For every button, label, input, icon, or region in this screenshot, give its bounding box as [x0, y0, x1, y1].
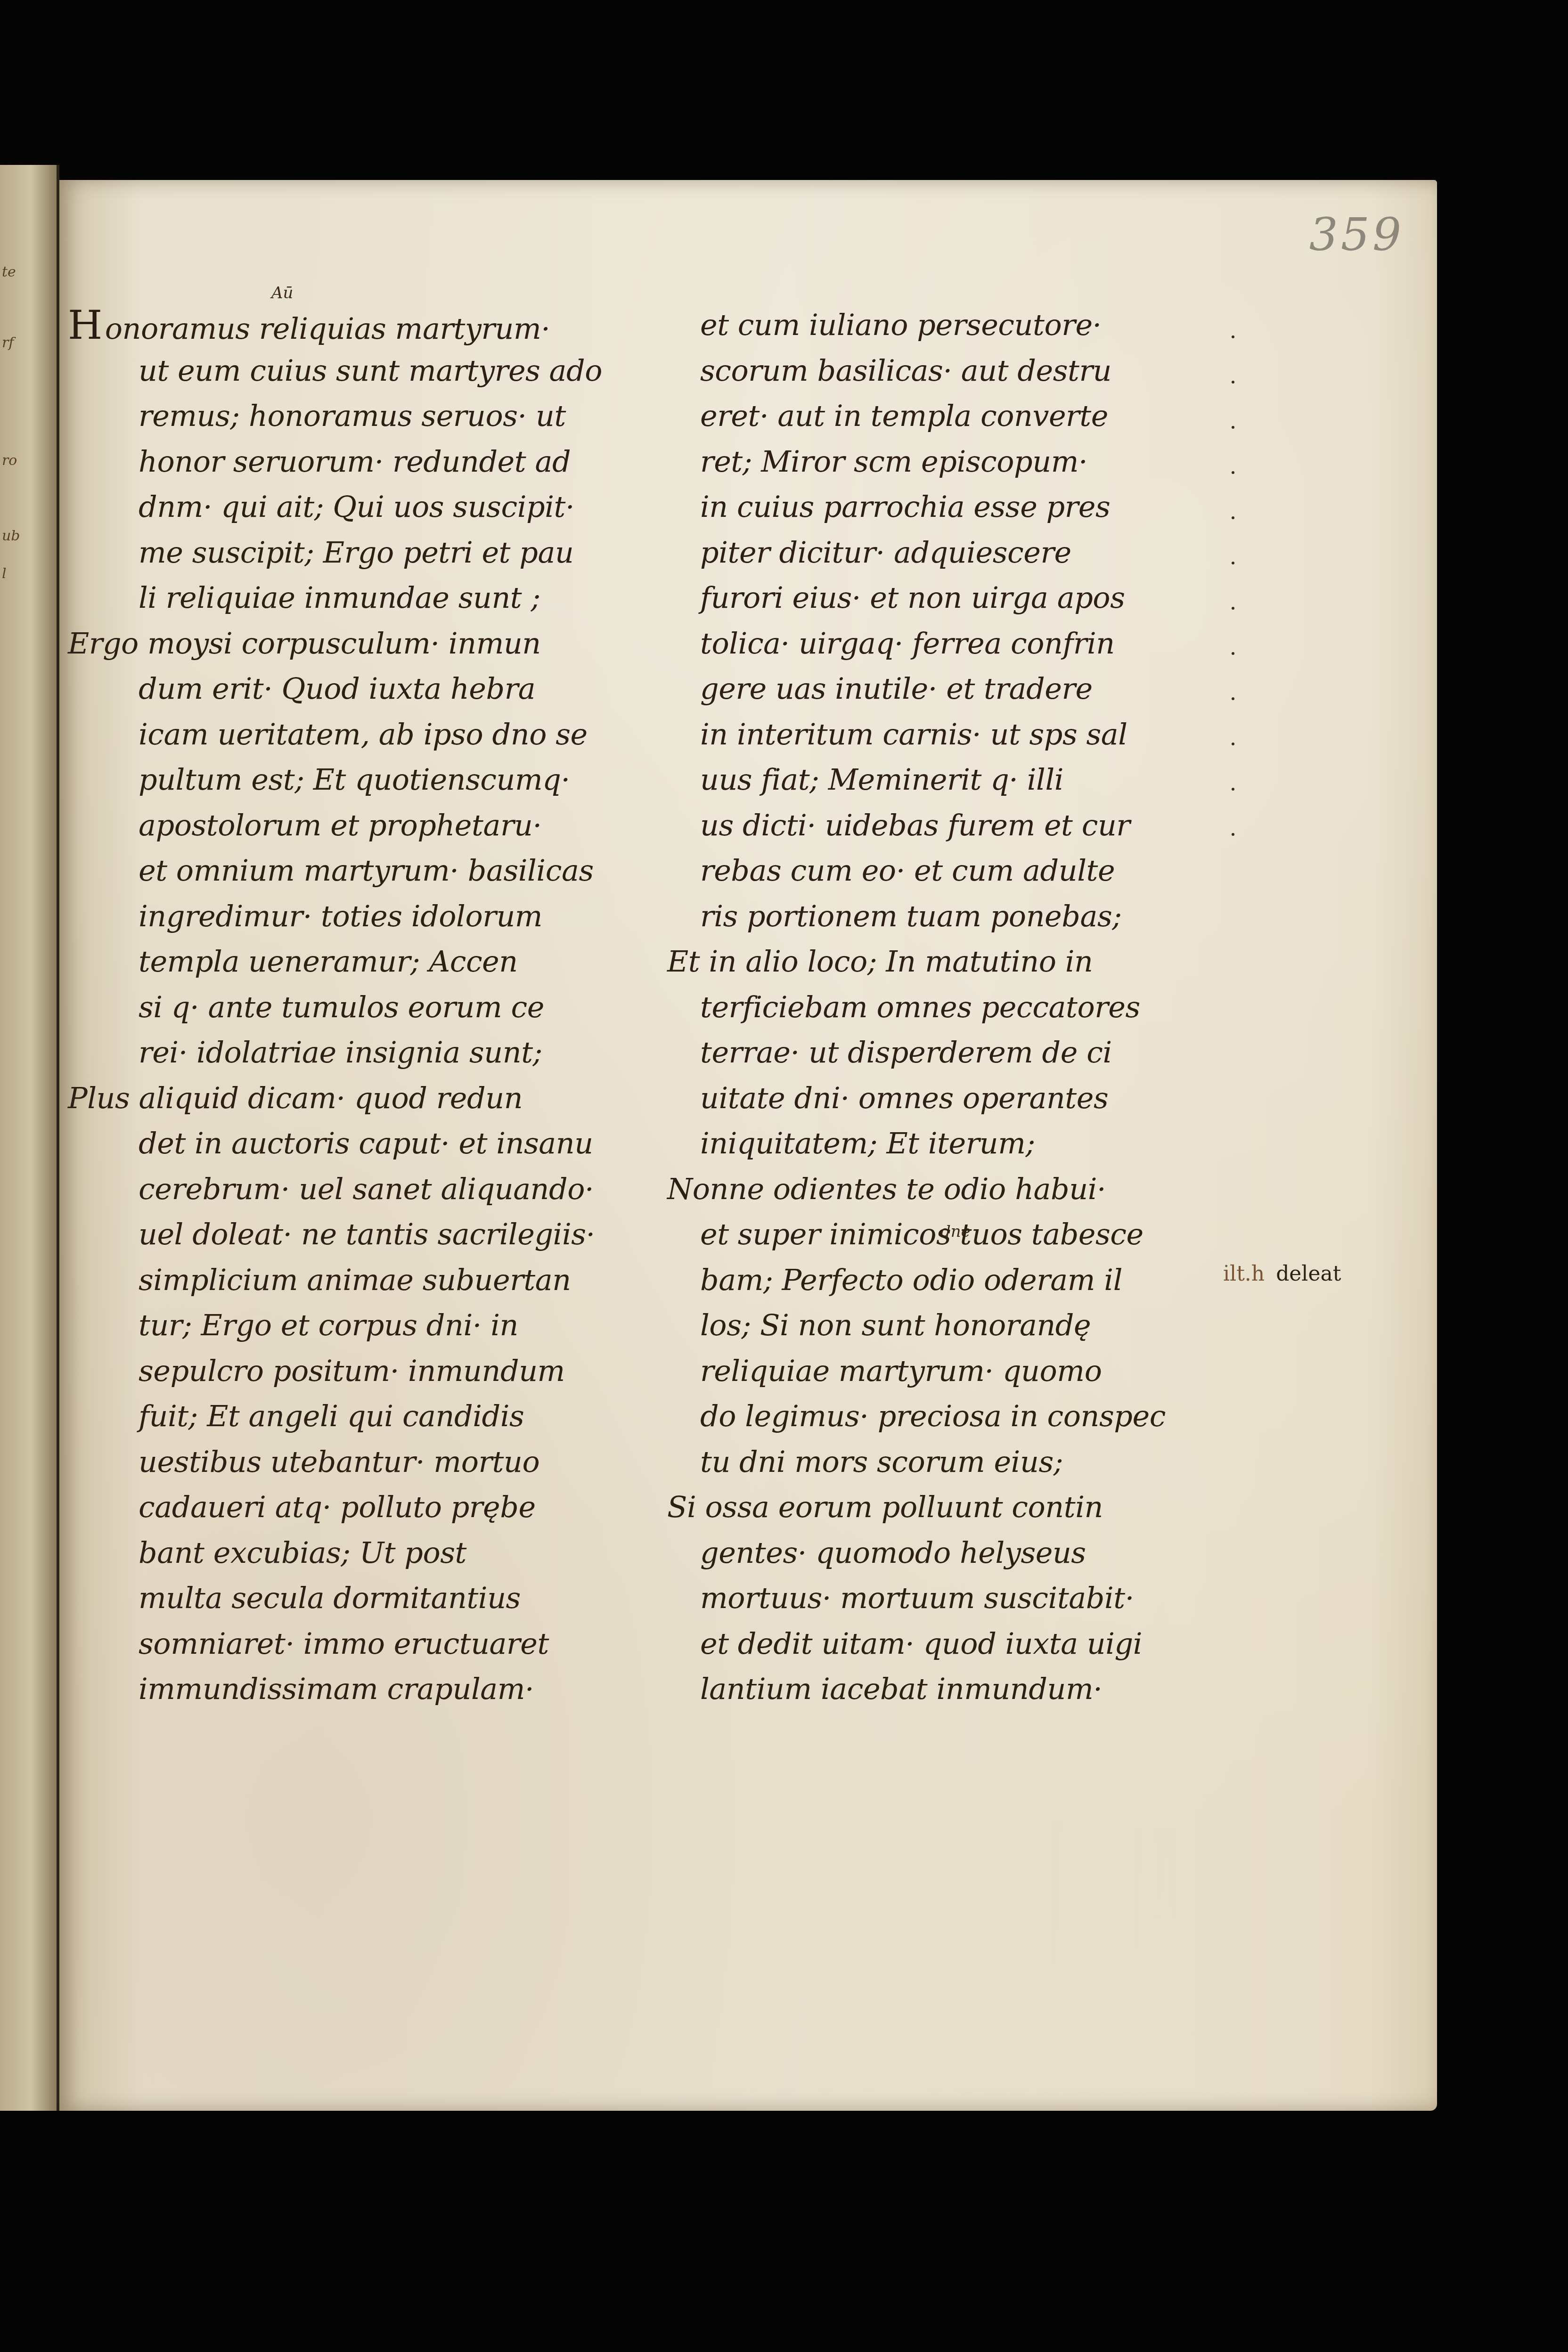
line-text: immundissimam crapulam·	[139, 1672, 534, 1706]
text-line: gentes· quomodo helyseus	[667, 1530, 1284, 1576]
text-line: sepulcro positum· inmundum	[68, 1348, 652, 1394]
line-text: remus; honoramus seruos· ut	[139, 399, 566, 433]
text-line: us dicti· uidebas furem et cur	[667, 803, 1284, 849]
text-line: piter dicitur· adquiescere	[667, 530, 1284, 576]
manuscript-page: 359 Aū dne ilt.h deleat Honoramus reliqu…	[59, 180, 1437, 2111]
text-line: lantium iacebat inmundum·	[667, 1666, 1284, 1712]
line-text: gentes· quomodo helyseus	[700, 1535, 1086, 1570]
text-line: reliquiae martyrum· quomo	[667, 1348, 1284, 1394]
text-line: bant excubias; Ut post	[68, 1530, 652, 1576]
text-line: ingredimur· toties idolorum	[68, 894, 652, 939]
line-text: Plus aliquid dicam· quod redun	[68, 1081, 523, 1115]
line-text: in cuius parrochia esse pres	[700, 490, 1110, 524]
line-text: simplicium animae subuertan	[139, 1263, 571, 1297]
text-line: Et in alio loco; In matutino in	[667, 939, 1284, 985]
text-line: do legimus· preciosa in conspec	[667, 1394, 1284, 1439]
previous-leaf-edge: te rf ro ub l	[0, 165, 59, 2111]
text-line: rei· idolatriae insignia sunt;	[68, 1030, 652, 1076]
text-line: eret· aut in templa converte	[667, 393, 1284, 439]
text-line: mortuus· mortuum suscitabit·	[667, 1576, 1284, 1621]
text-line: scorum basilicas· aut destru	[667, 348, 1284, 394]
text-line: los; Si non sunt honorandę	[667, 1303, 1284, 1348]
text-line: apostolorum et prophetaru·	[68, 803, 652, 849]
text-line: rebas cum eo· et cum adulte	[667, 848, 1284, 894]
line-text: tolica· uirgaq· ferrea confrin	[700, 626, 1115, 661]
text-line: tur; Ergo et corpus dni· in	[68, 1303, 652, 1348]
text-line: in interitum carnis· ut sps sal	[667, 712, 1284, 758]
text-line: et dedit uitam· quod iuxta uigi	[667, 1621, 1284, 1667]
line-text: ingredimur· toties idolorum	[139, 899, 542, 933]
line-text: templa ueneramur; Accen	[139, 944, 518, 979]
previous-leaf-fragment: rf	[2, 335, 14, 351]
line-text: bam; Perfecto odio oderam il	[700, 1263, 1122, 1297]
text-line: templa ueneramur; Accen	[68, 939, 652, 985]
line-text: cerebrum· uel sanet aliquando·	[139, 1172, 594, 1206]
text-line: gere uas inutile· et tradere	[667, 666, 1284, 712]
line-text: ris portionem tuam ponebas;	[700, 899, 1122, 933]
interlinear-gloss: Aū	[271, 284, 293, 302]
text-line: Honoramus reliquias martyrum·	[68, 302, 652, 348]
text-line: terrae· ut disperderem de ci	[667, 1030, 1284, 1076]
previous-leaf-fragment: ro	[2, 452, 17, 469]
text-line: bam; Perfecto odio oderam il	[667, 1258, 1284, 1303]
text-line: et cum iuliano persecutore·	[667, 302, 1284, 348]
line-text: furori eius· et non uirga apos	[700, 580, 1125, 615]
text-line: Plus aliquid dicam· quod redun	[68, 1076, 652, 1121]
folio-number: 359	[1309, 208, 1404, 261]
text-line: uel doleat· ne tantis sacrilegiis·	[68, 1212, 652, 1258]
line-text: bant excubias; Ut post	[139, 1535, 466, 1570]
line-text: Nonne odientes te odio habui·	[667, 1172, 1106, 1206]
text-line: immundissimam crapulam·	[68, 1666, 652, 1712]
line-text: uus fiat; Meminerit q· illi	[700, 762, 1063, 797]
line-text: icam ueritatem, ab ipso dno se	[139, 717, 588, 751]
previous-leaf-fragment: te	[2, 264, 16, 280]
line-text: somniaret· immo eructuaret	[139, 1626, 549, 1661]
text-line: dnm· qui ait; Qui uos suscipit·	[68, 484, 652, 530]
text-line: cerebrum· uel sanet aliquando·	[68, 1167, 652, 1212]
text-line: tolica· uirgaq· ferrea confrin	[667, 621, 1284, 667]
line-text: dum erit· Quod iuxta hebra	[139, 671, 535, 706]
line-text: ut eum cuius sunt martyres ado	[139, 353, 602, 388]
line-text: honor seruorum· redundet ad	[139, 444, 571, 479]
line-text: sepulcro positum· inmundum	[139, 1354, 565, 1388]
line-text: et super inimicos tuos tabesce	[700, 1217, 1143, 1251]
line-text: terrae· ut disperderem de ci	[700, 1035, 1112, 1070]
line-text: li reliquiae inmundae sunt ;	[139, 580, 540, 615]
text-line: dum erit· Quod iuxta hebra	[68, 666, 652, 712]
line-text: multa secula dormitantius	[139, 1581, 521, 1615]
text-line: iniquitatem; Et iterum;	[667, 1121, 1284, 1167]
line-text: iniquitatem; Et iterum;	[700, 1126, 1035, 1160]
text-line: li reliquiae inmundae sunt ;	[68, 575, 652, 621]
line-text: apostolorum et prophetaru·	[139, 808, 542, 842]
text-line: pultum est; Et quotienscumq·	[68, 757, 652, 803]
line-text: do legimus· preciosa in conspec	[700, 1399, 1166, 1433]
text-line: Nonne odientes te odio habui·	[667, 1167, 1284, 1212]
line-text: pultum est; Et quotienscumq·	[139, 762, 570, 797]
text-line: ut eum cuius sunt martyres ado	[68, 348, 652, 394]
text-line: uestibus utebantur· mortuo	[68, 1439, 652, 1485]
line-text: Et in alio loco; In matutino in	[667, 944, 1093, 979]
text-line: ris portionem tuam ponebas;	[667, 894, 1284, 939]
line-text: scorum basilicas· aut destru	[700, 353, 1111, 388]
line-text: lantium iacebat inmundum·	[700, 1672, 1102, 1706]
line-text: me suscipit; Ergo petri et pau	[139, 535, 573, 570]
text-line: uitate dni· omnes operantes	[667, 1076, 1284, 1121]
text-line: si q· ante tumulos eorum ce	[68, 985, 652, 1030]
text-line: simplicium animae subuertan	[68, 1258, 652, 1303]
text-line: tu dni mors scorum eius;	[667, 1439, 1284, 1485]
line-text: gere uas inutile· et tradere	[700, 671, 1093, 706]
text-line: remus; honoramus seruos· ut	[68, 393, 652, 439]
right-text-column: et cum iuliano persecutore·scorum basili…	[667, 302, 1284, 1712]
line-text: dnm· qui ait; Qui uos suscipit·	[139, 490, 574, 524]
previous-leaf-fragment: ub	[2, 528, 20, 544]
line-text: los; Si non sunt honorandę	[700, 1308, 1091, 1342]
text-line: ret; Miror scm episcopum·	[667, 439, 1284, 485]
line-text: det in auctoris caput· et insanu	[139, 1126, 593, 1160]
text-line: det in auctoris caput· et insanu	[68, 1121, 652, 1167]
line-text: uel doleat· ne tantis sacrilegiis·	[139, 1217, 595, 1251]
text-line: icam ueritatem, ab ipso dno se	[68, 712, 652, 758]
line-text: rebas cum eo· et cum adulte	[700, 853, 1115, 888]
previous-leaf-fragment: l	[2, 565, 7, 582]
line-text: Si ossa eorum polluunt contin	[667, 1490, 1103, 1524]
text-line: fuit; Et angeli qui candidis	[68, 1394, 652, 1439]
line-text: cadaueri atq· polluto prębe	[139, 1490, 536, 1524]
left-text-column: Honoramus reliquias martyrum·ut eum cuiu…	[68, 302, 652, 1712]
line-text: fuit; Et angeli qui candidis	[139, 1399, 524, 1433]
line-text: ret; Miror scm episcopum·	[700, 444, 1087, 479]
text-line: terficiebam omnes peccatores	[667, 985, 1284, 1030]
line-text: terficiebam omnes peccatores	[700, 990, 1140, 1024]
text-line: cadaueri atq· polluto prębe	[68, 1485, 652, 1530]
initial-letter: H	[68, 302, 102, 348]
line-text: Ergo moysi corpusculum· inmun	[68, 626, 541, 661]
text-line: Si ossa eorum polluunt contin	[667, 1485, 1284, 1530]
text-line: et super inimicos tuos tabesce	[667, 1212, 1284, 1258]
text-line: uus fiat; Meminerit q· illi	[667, 757, 1284, 803]
line-text: si q· ante tumulos eorum ce	[139, 990, 544, 1024]
line-text: uestibus utebantur· mortuo	[139, 1445, 539, 1479]
line-text: tu dni mors scorum eius;	[700, 1445, 1063, 1479]
line-text: eret· aut in templa converte	[700, 399, 1108, 433]
text-line: me suscipit; Ergo petri et pau	[68, 530, 652, 576]
text-line: et omnium martyrum· basilicas	[68, 848, 652, 894]
line-text: et dedit uitam· quod iuxta uigi	[700, 1626, 1142, 1661]
text-line: multa secula dormitantius	[68, 1576, 652, 1621]
line-text: mortuus· mortuum suscitabit·	[700, 1581, 1134, 1615]
line-text: uitate dni· omnes operantes	[700, 1081, 1108, 1115]
text-line: in cuius parrochia esse pres	[667, 484, 1284, 530]
text-line: honor seruorum· redundet ad	[68, 439, 652, 485]
line-text: us dicti· uidebas furem et cur	[700, 808, 1130, 842]
line-text: rei· idolatriae insignia sunt;	[139, 1035, 542, 1070]
line-text: onoramus reliquias martyrum·	[105, 311, 550, 346]
line-text: tur; Ergo et corpus dni· in	[139, 1308, 518, 1342]
text-line: furori eius· et non uirga apos	[667, 575, 1284, 621]
marginal-note-text: deleat	[1276, 1262, 1341, 1286]
text-line: Ergo moysi corpusculum· inmun	[68, 621, 652, 667]
line-text: in interitum carnis· ut sps sal	[700, 717, 1127, 751]
line-text: reliquiae martyrum· quomo	[700, 1354, 1102, 1388]
text-line: somniaret· immo eructuaret	[68, 1621, 652, 1667]
line-text: et cum iuliano persecutore·	[700, 308, 1102, 342]
line-text: et omnium martyrum· basilicas	[139, 853, 594, 888]
line-text: piter dicitur· adquiescere	[700, 535, 1071, 570]
